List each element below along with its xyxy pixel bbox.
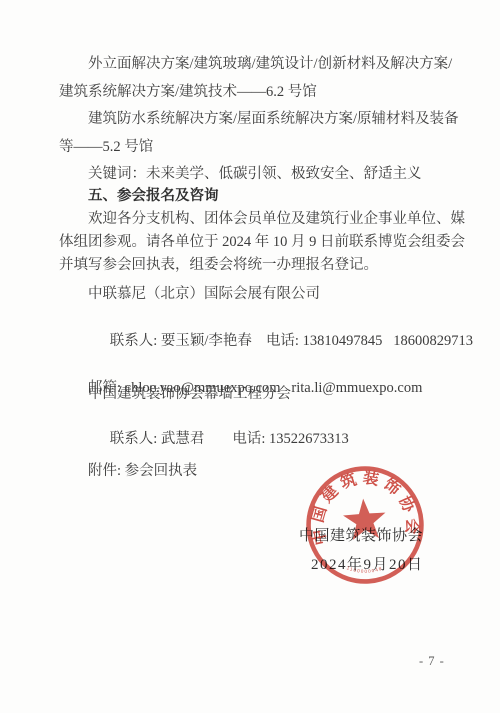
body-text-block: 外立面解决方案/建筑玻璃/建筑设计/创新材料及解决方案/ 建筑系统解决方案/建筑…: [59, 51, 459, 189]
section-line: 欢迎各分支机构、团体会员单位及建筑行业企事业单位、媒: [59, 208, 465, 231]
body-line: 等——5.2 号馆: [59, 134, 459, 162]
association-phones: 电话: 13522673313: [232, 431, 348, 447]
body-line: 建筑防水系统解决方案/屋面系统解决方案/原辅材料及装备: [59, 106, 459, 134]
document-page: 外立面解决方案/建筑玻璃/建筑设计/创新材料及解决方案/ 建筑系统解决方案/建筑…: [0, 0, 500, 713]
official-seal: 中国建筑装饰协会 1100000048: [300, 460, 430, 590]
section-line: 体组团参观。请各单位于 2024 年 10 月 9 日前联系博览会组委会: [59, 231, 465, 254]
body-line: 建筑系统解决方案/建筑技术——6.2 号馆: [59, 79, 459, 107]
attachment-note: 附件: 参会回执表: [88, 459, 197, 480]
registration-section: 五、参会报名及咨询 欢迎各分支机构、团体会员单位及建筑行业企事业单位、媒 体组团…: [59, 185, 465, 277]
organizer-contact-line: 联系人: 要玉颖/李艳春电话: 13810497845 18600829713: [88, 307, 473, 378]
section-heading: 五、参会报名及咨询: [59, 185, 465, 208]
body-line: 外立面解决方案/建筑玻璃/建筑设计/创新材料及解决方案/: [59, 51, 459, 79]
organizer-phones: 电话: 13810497845 18600829713: [266, 333, 473, 349]
association-name: 中国建筑装饰协会幕墙工程分会: [88, 383, 349, 406]
organizer-company: 中联慕尼（北京）国际会展有限公司: [88, 283, 473, 307]
star-icon: [342, 497, 387, 540]
section-line: 并填写参会回执表，组委会将统一办理报名登记。: [59, 254, 465, 277]
seal-serial-number: 1100000048: [346, 563, 384, 575]
association-contacts: 联系人: 武慧君: [110, 431, 205, 447]
page-number: - 7 -: [419, 654, 445, 669]
organizer-contacts: 联系人: 要玉颖/李艳春: [110, 333, 252, 349]
